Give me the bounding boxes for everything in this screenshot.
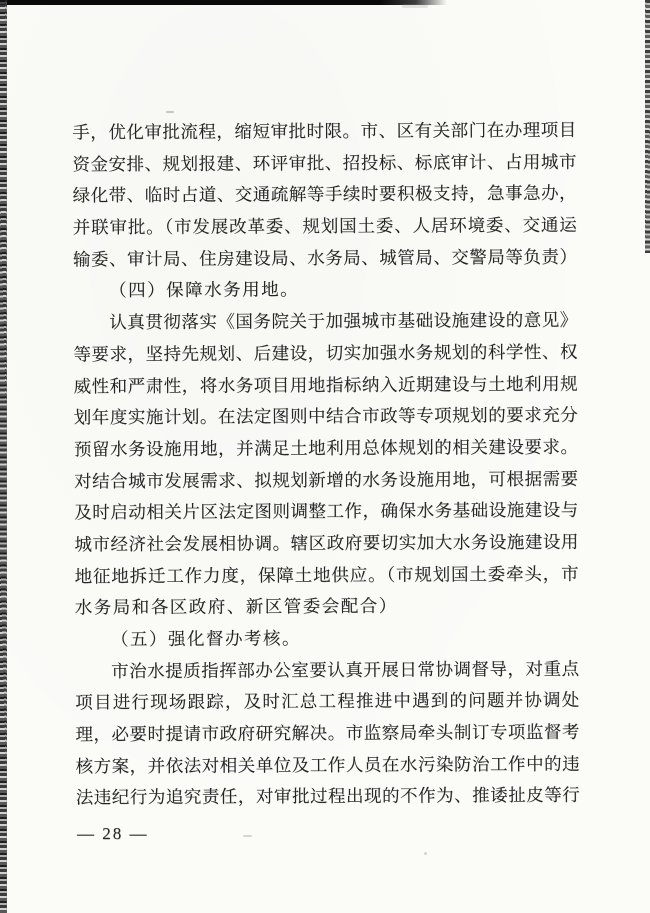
text-line: 手，优化审批流程，缩短审批时限。市、区有关部门在办理项目 [72, 115, 576, 149]
scan-speck [243, 835, 252, 837]
section-heading: （五）强化督办考核。 [75, 622, 579, 656]
scan-speck [166, 111, 174, 113]
text-line: 理，必要时提请市政府研究解决。市监察局牵头制订专项监督考 [75, 717, 579, 751]
text-line: 绿化带、临时占道、交通疏解等手续时要积极支持，急事急办， [73, 178, 577, 212]
text-line: 法违纪行为追究责任，对审批过程出现的不作为、推诿扯皮等行 [76, 780, 580, 814]
page-number: — 28 — [77, 824, 149, 844]
text-line: 威性和严肃性，将水务项目用地指标纳入近期建设与土地利用规 [74, 368, 578, 402]
text-line: 项目进行现场跟踪，及时汇总工程推进中遇到的问题并协调处 [75, 685, 579, 719]
scan-edge-left [0, 0, 7, 913]
text-line: 预留水务设施用地，并满足土地利用总体规划的相关建设要求。 [74, 432, 578, 466]
scan-edge-right [645, 0, 650, 253]
text-line: 并联审批。（市发展改革委、规划国土委、人居环境委、交通运 [73, 210, 577, 244]
text-line: 划年度实施计划。在法定图则中结合市政等专项规划的要求充分 [74, 400, 578, 434]
scan-speck [402, 4, 428, 8]
scan-speck [424, 852, 427, 855]
text-line: 输委、审计局、住房建设局、水务局、城管局、交警局等负责） [73, 241, 577, 275]
scan-edge-top [0, 0, 447, 5]
text-line: 等要求，坚持先规划、后建设，切实加强水务规划的科学性、权 [73, 336, 577, 370]
text-line: 地征地拆迁工作力度，保障土地供应。（市规划国土委牵头，市 [75, 558, 579, 592]
document-body: 手，优化审批流程，缩短审批时限。市、区有关部门在办理项目 资金安排、规划报建、环… [72, 115, 580, 815]
text-line: 市治水提质指挥部办公室要认真开展日常协调督导，对重点 [75, 653, 579, 687]
text-line: 资金安排、规划报建、环评审批、招投标、标底审计、占用城市 [72, 146, 576, 180]
text-line: 及时启动相关片区法定图则调整工作，确保水务基础设施建设与 [74, 495, 578, 529]
text-line: 认真贯彻落实《国务院关于加强城市基础设施建设的意见》 [73, 305, 577, 339]
text-line: 城市经济社会发展相协调。辖区政府要切实加大水务设施建设用 [74, 527, 578, 561]
section-heading: （四）保障水务用地。 [73, 273, 577, 307]
text-line: 核方案，并依法对相关单位及工作人员在水污染防治工作中的违 [75, 748, 579, 782]
text-line: 水务局和各区政府、新区管委会配合） [75, 590, 579, 624]
text-line: 对结合城市发展需求、拟规划新增的水务设施用地，可根据需要 [74, 463, 578, 497]
